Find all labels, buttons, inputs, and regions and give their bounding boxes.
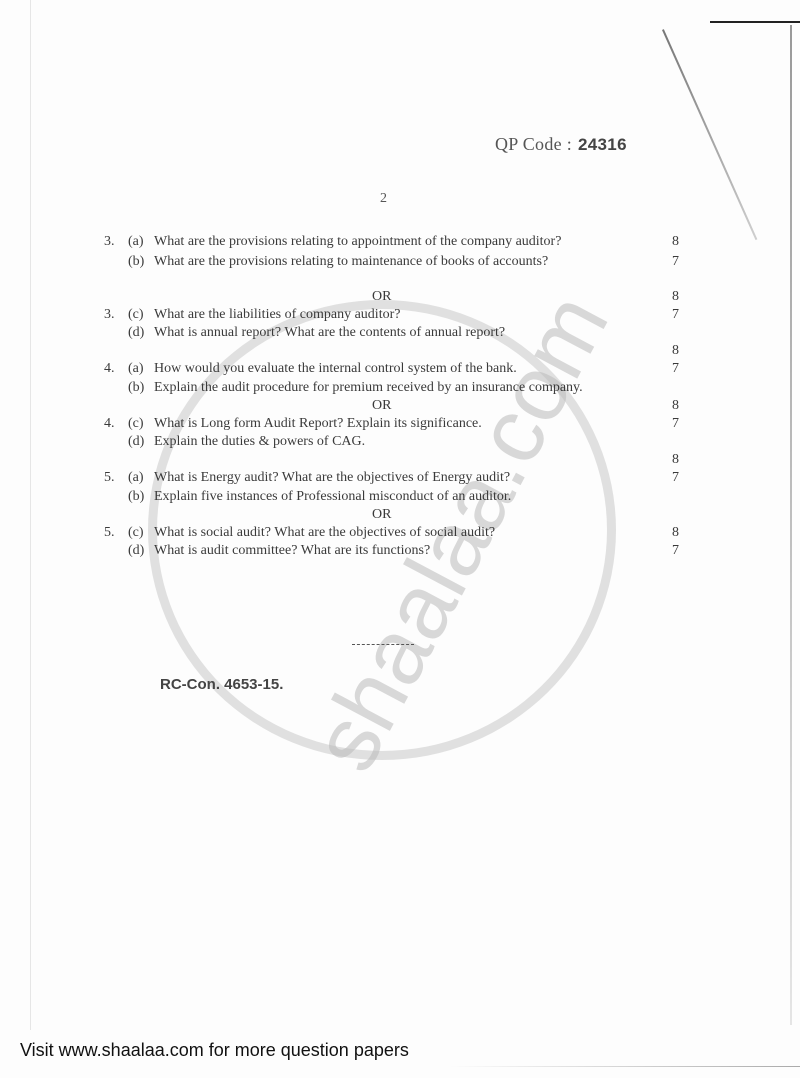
marks-3c: 8: [672, 289, 679, 305]
or-separator: OR: [372, 398, 391, 414]
reference-code: RC-Con. 4653-15.: [160, 676, 283, 693]
question-4c: 4.(c)What is Long form Audit Report? Exp…: [104, 416, 482, 432]
question-4b: (b)Explain the audit procedure for premi…: [128, 380, 583, 396]
marks-5a: 8: [672, 452, 679, 468]
question-5a: 5.(a)What is Energy audit? What are the …: [104, 470, 510, 486]
question-3c: 3.(c)What are the liabilities of company…: [104, 307, 400, 323]
marks-4d: 7: [672, 416, 679, 432]
question-3b: (b)What are the provisions relating to m…: [128, 254, 548, 270]
question-4d: (d)Explain the duties & powers of CAG.: [128, 434, 365, 450]
question-4a: 4.(a)How would you evaluate the internal…: [104, 361, 517, 377]
or-separator: OR: [372, 507, 391, 523]
footer-divider: [450, 1066, 800, 1067]
marks-5c: 8: [672, 525, 679, 541]
page-edge-right: [790, 25, 792, 1025]
marks-4a: 8: [672, 343, 679, 359]
marks-3b: 7: [672, 254, 679, 270]
question-5d: (d)What is audit committee? What are its…: [128, 543, 430, 559]
question-3d: (d)What is annual report? What are the c…: [128, 325, 505, 341]
page-number: 2: [380, 191, 387, 207]
question-5b: (b)Explain five instances of Professiona…: [128, 489, 511, 505]
or-separator: OR: [372, 289, 391, 305]
page-edge-left: [30, 0, 31, 1030]
marks-4b: 7: [672, 361, 679, 377]
end-divider: [352, 644, 414, 645]
qp-code-label: QP Code :: [495, 134, 572, 154]
marks-3d: 7: [672, 307, 679, 323]
marks-5b: 7: [672, 470, 679, 486]
marks-3a: 8: [672, 234, 679, 250]
qp-code: QP Code :24316: [495, 134, 627, 155]
page-edge-top: [710, 21, 800, 23]
marks-5d: 7: [672, 543, 679, 559]
marks-4c: 8: [672, 398, 679, 414]
question-5c: 5.(c)What is social audit? What are the …: [104, 525, 495, 541]
qp-code-value: 24316: [578, 135, 627, 154]
footer-promo-link[interactable]: Visit www.shaalaa.com for more question …: [20, 1040, 409, 1061]
question-3a: 3.(a)What are the provisions relating to…: [104, 234, 561, 250]
